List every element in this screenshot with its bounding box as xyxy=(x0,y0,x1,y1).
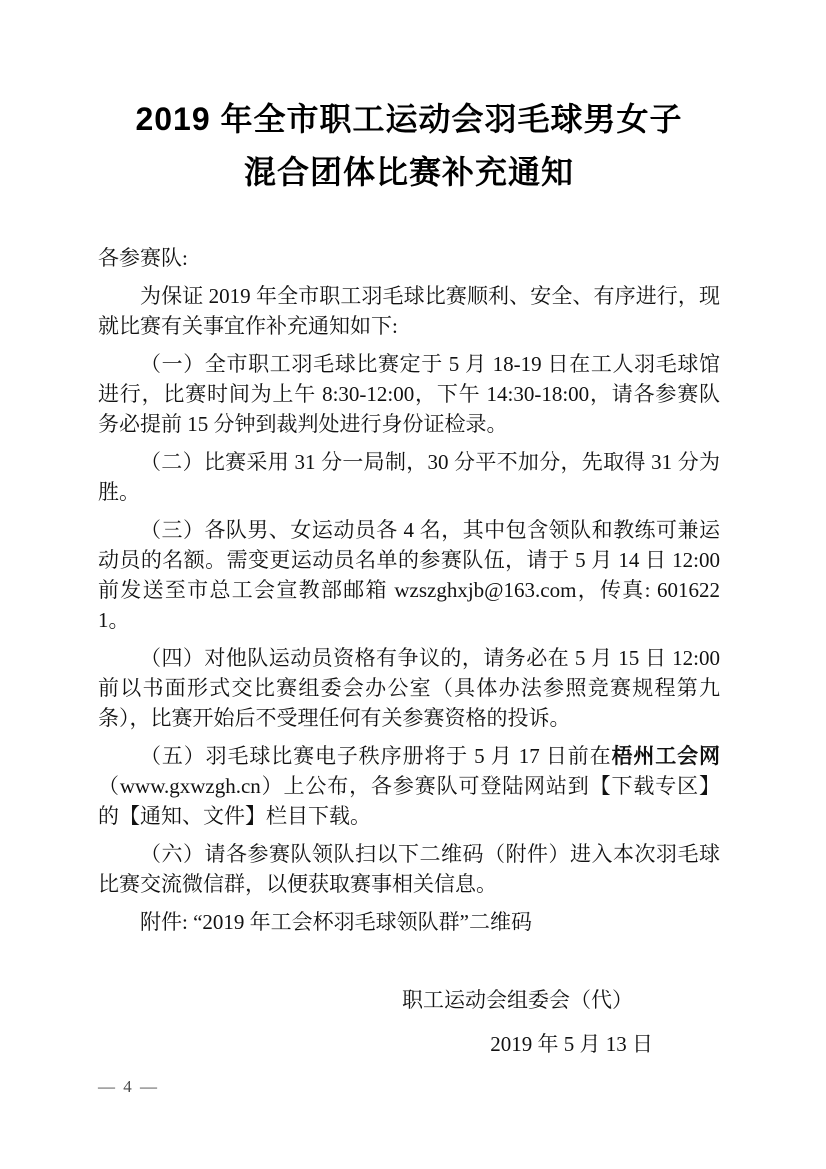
item-paragraph-5: （五）羽毛球比赛电子秩序册将于 5 月 17 日前在梧州工会网（www.gxwz… xyxy=(98,741,720,831)
item-paragraph-2: （二）比赛采用 31 分一局制，30 分平不加分，先取得 31 分为胜。 xyxy=(98,447,720,507)
document-title-line2: 混合团体比赛补充通知 xyxy=(98,146,720,199)
document-title: 2019 年全市职工运动会羽毛球男女子 混合团体比赛补充通知 xyxy=(98,93,720,199)
item-paragraph-6: （六）请各参赛队领队扫以下二维码（附件）进入本次羽毛球比赛交流微信群，以便获取赛… xyxy=(98,839,720,899)
intro-paragraph: 为保证 2019 年全市职工羽毛球比赛顺利、安全、有序进行，现就比赛有关事宜作补… xyxy=(98,281,720,341)
item5-text-post: （www.gxwzgh.cn）上公布，各参赛队可登陆网站到【下载专区】的【通知、… xyxy=(98,774,720,828)
page-number: — 4 — xyxy=(98,1077,159,1097)
attachment-note: 附件: “2019 年工会杯羽毛球领队群”二维码 xyxy=(98,907,720,937)
item5-text-pre: （五）羽毛球比赛电子秩序册将于 5 月 17 日前在 xyxy=(140,744,612,768)
document-title-line1: 2019 年全市职工运动会羽毛球男女子 xyxy=(98,93,720,146)
item-paragraph-4: （四）对他队运动员资格有争议的，请务必在 5 月 15 日 12:00 前以书面… xyxy=(98,643,720,733)
item-paragraph-1: （一）全市职工羽毛球比赛定于 5 月 18-19 日在工人羽毛球馆进行，比赛时间… xyxy=(98,349,720,439)
signature-line: 职工运动会组委会（代） xyxy=(98,985,720,1015)
salutation: 各参赛队: xyxy=(98,243,720,273)
item-paragraph-3: （三）各队男、女运动员各 4 名，其中包含领队和教练可兼运动员的名额。需变更运动… xyxy=(98,515,720,635)
document-content: 2019 年全市职工运动会羽毛球男女子 混合团体比赛补充通知 各参赛队: 为保证… xyxy=(98,0,720,1059)
item5-site-name-bold: 梧州工会网 xyxy=(612,744,720,768)
date-line: 2019 年 5 月 13 日 xyxy=(98,1029,720,1059)
document-page: 2019 年全市职工运动会羽毛球男女子 混合团体比赛补充通知 各参赛队: 为保证… xyxy=(0,0,826,1169)
